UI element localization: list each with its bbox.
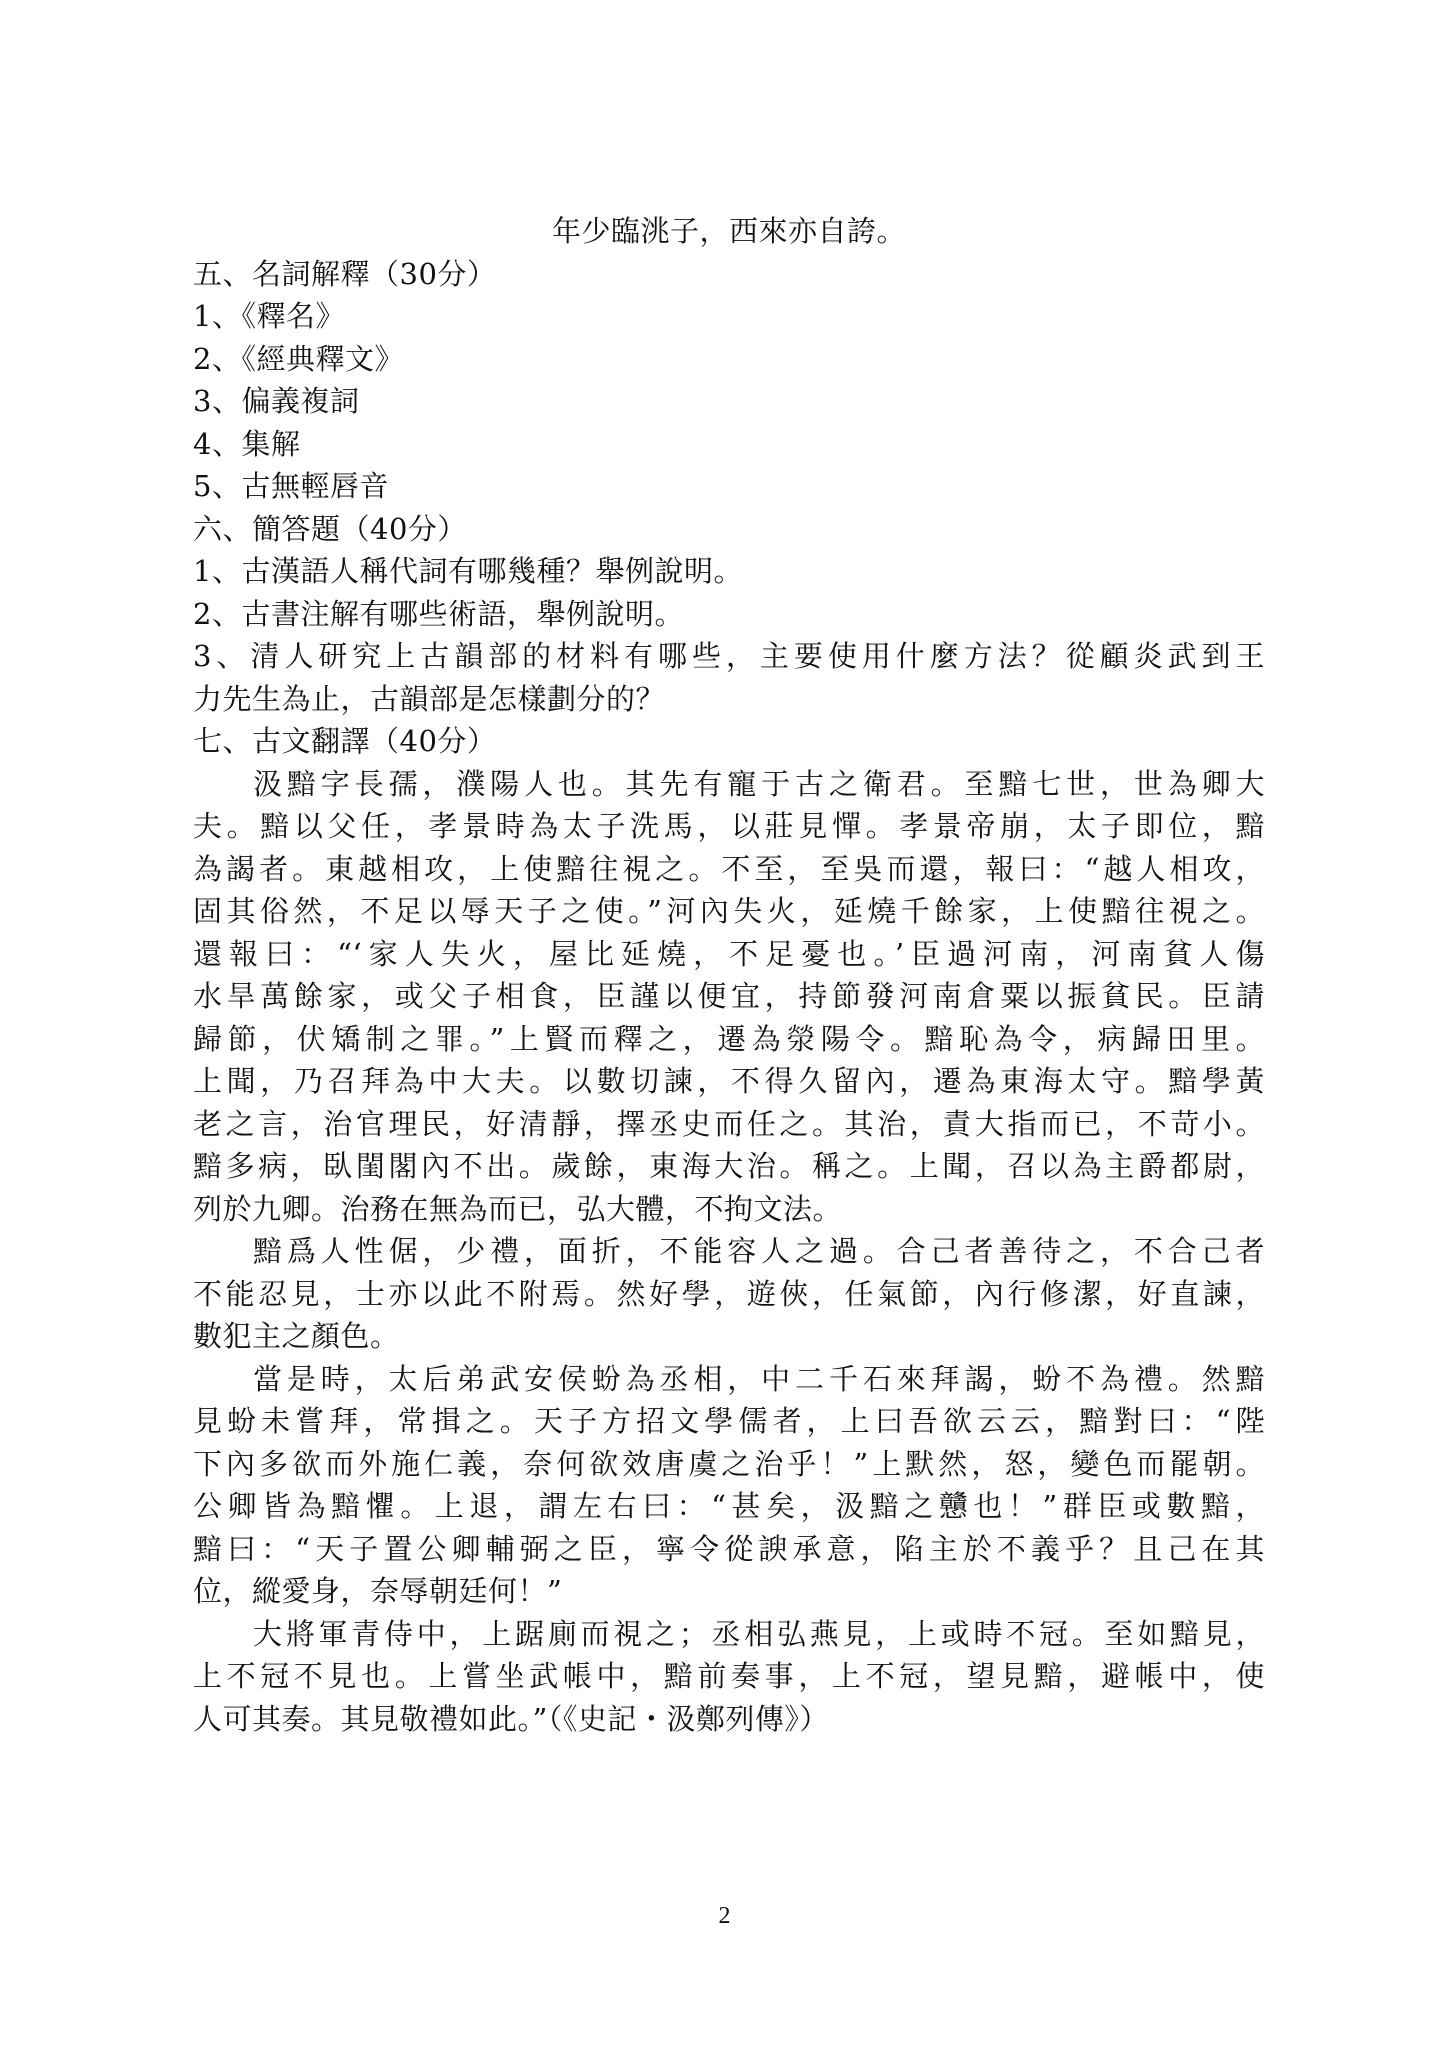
passage-line: 老之言，治官理民，好清靜，擇丞史而任之。其治，責大指而已，不苛小。 <box>193 1103 1265 1146</box>
passage-paragraph-1: 汲黯字長孺，濮陽人也。其先有寵于古之衛君。至黯七世，世為卿大 夫。黯以父任，孝景… <box>193 763 1265 1231</box>
passage-line: 汲黯字長孺，濮陽人也。其先有寵于古之衛君。至黯七世，世為卿大 <box>193 763 1265 806</box>
term-item: 4、集解 <box>193 423 1265 466</box>
passage-line: 水旱萬餘家，或父子相食，臣謹以便宜，持節發河南倉粟以振貧民。臣請 <box>193 975 1265 1018</box>
passage-paragraph-4: 大將軍青侍中，上踞廁而視之；丞相弘燕見，上或時不冠。至如黯見， 上不冠不見也。上… <box>193 1613 1265 1741</box>
passage-line: 見蚡未嘗拜，常揖之。天子方招文學儒者，上曰吾欲云云，黯對曰：“陛 <box>193 1400 1265 1443</box>
passage-line: 黯爲人性倨，少禮，面折，不能容人之過。合己者善待之，不合己者 <box>193 1230 1265 1273</box>
passage-line: 不能忍見，士亦以此不附焉。然好學，遊俠，任氣節，內行修潔，好直諫， <box>193 1273 1265 1316</box>
passage-line: 黯曰：“天子置公卿輔弼之臣，寧令從諛承意，陷主於不義乎？且己在其 <box>193 1528 1265 1571</box>
passage-line: 位，縱愛身，奈辱朝廷何！” <box>193 1570 1265 1613</box>
term-item: 2、《經典釋文》 <box>193 338 1265 381</box>
passage-line: 為謁者。東越相攻，上使黯往視之。不至，至吳而還，報曰：“越人相攻， <box>193 848 1265 891</box>
passage-line: 歸節，伏矯制之罪。”上賢而釋之，遷為滎陽令。黯恥為令，病歸田里。 <box>193 1018 1265 1061</box>
passage-line: 還報曰：“‘家人失火，屋比延燒，不足憂也。’臣過河南，河南貧人傷 <box>193 933 1265 976</box>
question-item: 3、清人研究上古韻部的材料有哪些，主要使用什麼方法？從顧炎武到王 <box>193 635 1265 678</box>
question-item-continued: 力先生為止，古韻部是怎樣劃分的？ <box>193 678 1265 721</box>
passage-line: 數犯主之顏色。 <box>193 1315 1265 1358</box>
passage-line: 列於九卿。治務在無為而已，弘大體，不拘文法。 <box>193 1188 1265 1231</box>
passage-line: 夫。黯以父任，孝景時為太子洗馬，以莊見憚。孝景帝崩，太子即位，黯 <box>193 805 1265 848</box>
passage-line: 上聞，乃召拜為中大夫。以數切諫，不得久留內，遷為東海太守。黯學黃 <box>193 1060 1265 1103</box>
term-item: 1、《釋名》 <box>193 295 1265 338</box>
section-5-heading: 五、名詞解釋（30分） <box>193 253 1265 296</box>
page-content: 年少臨洮子，西來亦自誇。 五、名詞解釋（30分） 1、《釋名》 2、《經典釋文》… <box>193 210 1265 1740</box>
passage-line: 下內多欲而外施仁義，奈何欲效唐虞之治乎！”上默然，怒，變色而罷朝。 <box>193 1443 1265 1486</box>
passage-line: 當是時，太后弟武安侯蚡為丞相，中二千石來拜謁，蚡不為禮。然黯 <box>193 1358 1265 1401</box>
page-number: 2 <box>0 1903 1449 1930</box>
document-page: 年少臨洮子，西來亦自誇。 五、名詞解釋（30分） 1、《釋名》 2、《經典釋文》… <box>0 0 1449 2048</box>
section-6-heading: 六、簡答題（40分） <box>193 508 1265 551</box>
term-item: 3、偏義複詞 <box>193 380 1265 423</box>
passage-line-citation: 人可其奏。其見敬禮如此。”（《史記・汲鄭列傳》） <box>193 1698 1265 1741</box>
term-item: 5、古無輕唇音 <box>193 465 1265 508</box>
passage-paragraph-3: 當是時，太后弟武安侯蚡為丞相，中二千石來拜謁，蚡不為禮。然黯 見蚡未嘗拜，常揖之… <box>193 1358 1265 1613</box>
question-item: 2、古書注解有哪些術語，舉例說明。 <box>193 593 1265 636</box>
passage-line: 上不冠不見也。上嘗坐武帳中，黯前奏事，上不冠，望見黯，避帳中，使 <box>193 1655 1265 1698</box>
passage-line: 大將軍青侍中，上踞廁而視之；丞相弘燕見，上或時不冠。至如黯見， <box>193 1613 1265 1656</box>
section-7-heading: 七、古文翻譯（40分） <box>193 720 1265 763</box>
question-item: 1、古漢語人稱代詞有哪幾種？舉例說明。 <box>193 550 1265 593</box>
passage-paragraph-2: 黯爲人性倨，少禮，面折，不能容人之過。合己者善待之，不合己者 不能忍見，士亦以此… <box>193 1230 1265 1358</box>
passage-line: 固其俗然，不足以辱天子之使。”河內失火，延燒千餘家，上使黯往視之。 <box>193 890 1265 933</box>
passage-line: 公卿皆為黯懼。上退，謂左右曰：“甚矣，汲黯之戇也！”群臣或數黯， <box>193 1485 1265 1528</box>
passage-line: 黯多病，臥閨閣內不出。歲餘，東海大治。稱之。上聞，召以為主爵都尉， <box>193 1145 1265 1188</box>
poem-line: 年少臨洮子，西來亦自誇。 <box>193 210 1265 253</box>
